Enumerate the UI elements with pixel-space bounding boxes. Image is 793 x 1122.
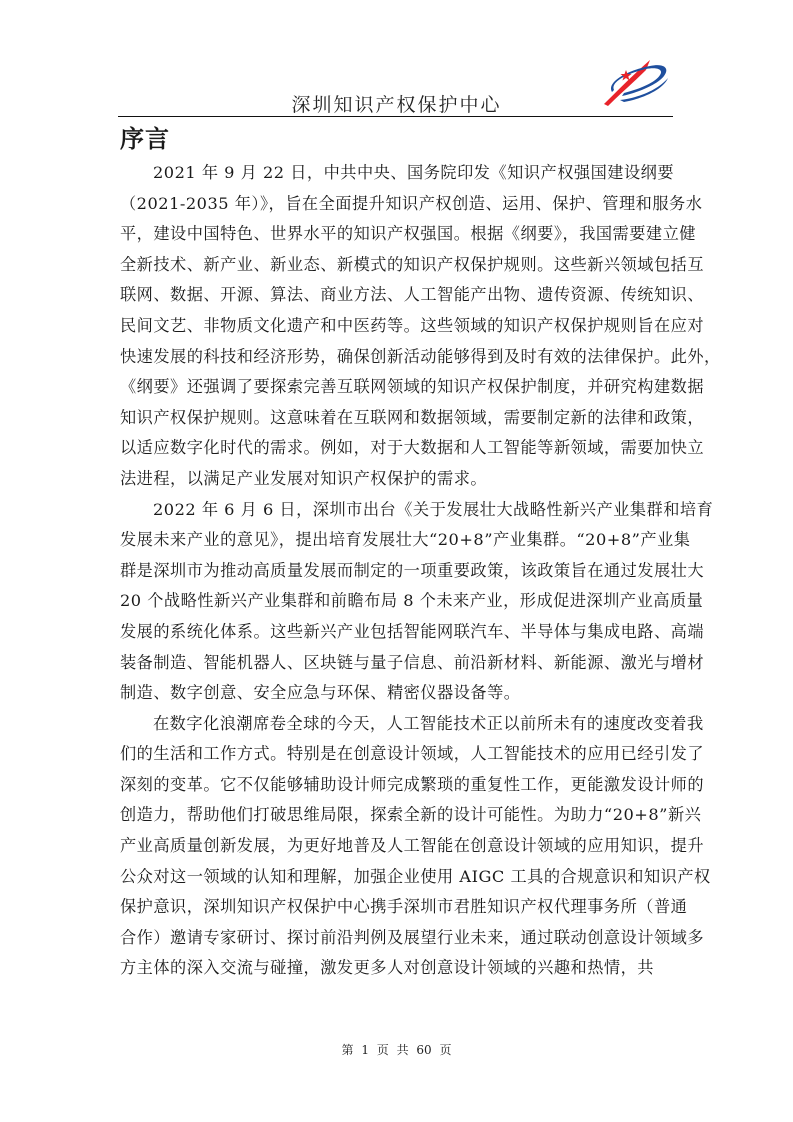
paragraph-2: 2022 年 6 月 6 日，深圳市出台《关于发展壮大战略性新兴产业集群和培育 … [120,495,674,709]
text-line: 快速发展的科技和经济形势，确保创新活动能够得到及时有效的法律保护。此外， [120,342,674,373]
text-line: 公众对这一领域的认知和理解，加强企业使用 AIGC 工具的合规意识和知识产权 [120,862,674,893]
text-line: 全新技术、新产业、新业态、新模式的知识产权保护规则。这些新兴领域包括互 [120,250,674,281]
text-line: 2022 年 6 月 6 日，深圳市出台《关于发展壮大战略性新兴产业集群和培育 [120,495,674,526]
section-title: 序言 [120,119,170,154]
header-title: 深圳知识产权保护中心 [0,90,793,117]
text-line: 平，建设中国特色、世界水平的知识产权强国。根据《纲要》，我国需要建立健 [120,219,674,250]
text-line: 发展未来产业的意见》，提出培育发展壮大“20+8”产业集群。“20+8”产业集 [120,525,674,556]
text-line: 20 个战略性新兴产业集群和前瞻布局 8 个未来产业，形成促进深圳产业高质量 [120,586,674,617]
text-line: 2021 年 9 月 22 日，中共中央、国务院印发《知识产权强国建设纲要 [120,158,674,189]
organization-logo-icon [598,52,672,112]
text-line: 在数字化浪潮席卷全球的今天，人工智能技术正以前所未有的速度改变着我 [120,709,674,740]
text-line: 民间文艺、非物质文化遗产和中医药等。这些领域的知识产权保护规则旨在应对 [120,311,674,342]
text-line: 发展的系统化体系。这些新兴产业包括智能网联汽车、半导体与集成电路、高端 [120,617,674,648]
text-line: 联网、数据、开源、算法、商业方法、人工智能产出物、遗传资源、传统知识、 [120,280,674,311]
text-line: 们的生活和工作方式。特别是在创意设计领域，人工智能技术的应用已经引发了 [120,739,674,770]
text-line: 制造、数字创意、安全应急与环保、精密仪器设备等。 [120,678,674,709]
text-line: 合作）邀请专家研讨、探讨前沿判例及展望行业未来，通过联动创意设计领域多 [120,923,674,954]
text-line: 法进程，以满足产业发展对知识产权保护的需求。 [120,464,674,495]
text-line: 方主体的深入交流与碰撞，激发更多人对创意设计领域的兴趣和热情，共 [120,953,674,984]
text-line: 知识产权保护规则。这意味着在互联网和数据领域，需要制定新的法律和政策， [120,403,674,434]
paragraph-3: 在数字化浪潮席卷全球的今天，人工智能技术正以前所未有的速度改变着我 们的生活和工… [120,709,674,984]
text-line: 创造力，帮助他们打破思维局限，探索全新的设计可能性。为助力“20+8”新兴 [120,800,674,831]
header-divider [118,116,673,117]
text-line: 装备制造、智能机器人、区块链与量子信息、前沿新材料、新能源、激光与增材 [120,648,674,679]
text-line: 群是深圳市为推动高质量发展而制定的一项重要政策，该政策旨在通过发展壮大 [120,556,674,587]
paragraph-1: 2021 年 9 月 22 日，中共中央、国务院印发《知识产权强国建设纲要 （2… [120,158,674,495]
text-line: 深刻的变革。它不仅能够辅助设计师完成繁琐的重复性工作，更能激发设计师的 [120,770,674,801]
text-line: 产业高质量创新发展，为更好地普及人工智能在创意设计领域的应用知识，提升 [120,831,674,862]
text-line: （2021-2035 年）》，旨在全面提升知识产权创造、运用、保护、管理和服务水 [120,189,674,220]
text-line: 《纲要》还强调了要探索完善互联网领域的知识产权保护制度，并研究构建数据 [120,372,674,403]
text-line: 保护意识，深圳知识产权保护中心携手深圳市君胜知识产权代理事务所（普通 [120,892,674,923]
text-line: 以适应数字化时代的需求。例如，对于大数据和人工智能等新领域，需要加快立 [120,433,674,464]
page-number: 第 1 页 共 60 页 [0,1041,793,1058]
document-body: 2021 年 9 月 22 日，中共中央、国务院印发《知识产权强国建设纲要 （2… [120,158,674,984]
